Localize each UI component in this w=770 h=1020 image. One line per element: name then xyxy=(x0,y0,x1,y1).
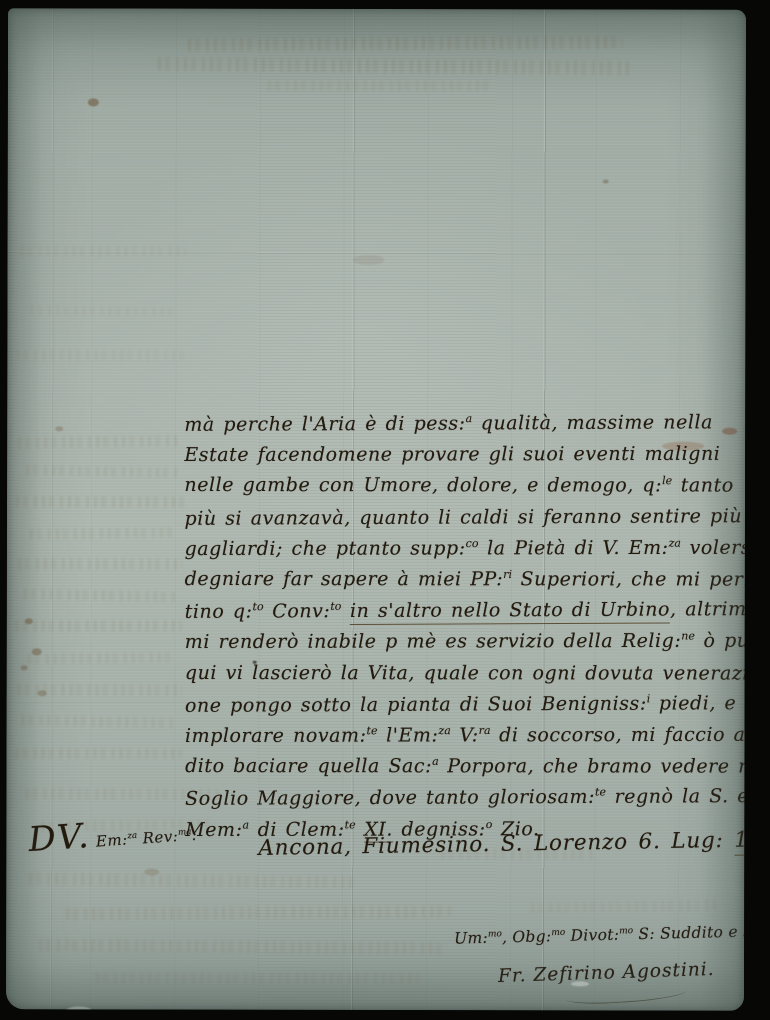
foxing-stain xyxy=(55,426,63,431)
margin-note: DV. Em:za Rev:ma: xyxy=(27,809,198,860)
showthrough-ghost-line xyxy=(11,620,183,631)
showthrough-ghost-line xyxy=(21,465,181,478)
fold-crease-horizontal xyxy=(8,251,746,256)
letter-paper: mà perche l'Aria è di pess:a qualità, ma… xyxy=(6,8,746,1011)
showthrough-ghost-line xyxy=(11,350,191,360)
foxing-stain xyxy=(32,648,42,655)
signature-line: Fr. Zefirino Agostini. xyxy=(498,959,715,987)
margin-note-initials: DV. xyxy=(27,816,92,860)
stain-layer xyxy=(8,8,746,10)
manuscript-line: gagliardi; che ptanto supp:co la Pietà d… xyxy=(185,532,747,565)
foxing-stain xyxy=(21,665,28,670)
showthrough-ghost-line xyxy=(13,684,183,695)
showthrough-ghost-line xyxy=(153,57,633,75)
letter-body: mà perche l'Aria è di pess:a qualità, ma… xyxy=(184,408,746,846)
showthrough-ghost-line xyxy=(23,652,173,664)
manuscript-line: Soglio Maggiore, dove tanto gloriosam:te… xyxy=(185,781,746,815)
showthrough-ghost-line xyxy=(526,900,716,913)
foxing-stain xyxy=(144,869,159,876)
manuscript-line: dito baciare quella Sac:a Porpora, che b… xyxy=(185,751,746,783)
foxing-stain xyxy=(66,1006,92,1010)
ink-showthrough-layer xyxy=(8,8,746,10)
showthrough-ghost-line xyxy=(25,527,175,539)
manuscript-line: qui vi lascierò la Vita, quale con ogni … xyxy=(185,658,746,690)
showthrough-ghost-line xyxy=(183,36,623,52)
showthrough-ghost-line xyxy=(11,496,186,507)
foxing-stain xyxy=(38,690,47,696)
scan-background: { "document": { "kind": "handwritten let… xyxy=(0,0,770,1020)
manuscript-line: mi renderò inabile p mè es servizio dell… xyxy=(185,626,746,659)
foxing-stain xyxy=(25,618,33,624)
showthrough-ghost-line xyxy=(34,939,444,955)
showthrough-ghost-line xyxy=(10,748,182,758)
showthrough-ghost-line xyxy=(263,81,493,91)
manuscript-line: one pongo sotto la pianta di Suoi Benign… xyxy=(185,688,746,722)
foxing-stain xyxy=(603,179,609,183)
showthrough-ghost-line xyxy=(16,715,176,728)
showthrough-ghost-line xyxy=(19,589,177,602)
showthrough-ghost-line xyxy=(16,246,188,256)
signature-flourish xyxy=(566,985,687,1006)
manuscript-line: tino q:to Conv:to in s'altro nello Stato… xyxy=(185,594,746,628)
manuscript-line: Estate facendomene provare gli suoi even… xyxy=(184,439,746,472)
foxing-stain xyxy=(353,255,385,265)
manuscript-line: degniare far sapere à miei PP:ri Superio… xyxy=(185,564,746,596)
foxing-stain xyxy=(88,98,99,106)
manuscript-line: più si avanzavà, quanto li caldi si fera… xyxy=(184,500,746,534)
closing-line: Um:mo, Obg:mo Divot:mo S: Suddito e Seg:… xyxy=(454,921,746,947)
margin-note-text: Em:za Rev:ma: xyxy=(95,826,197,851)
showthrough-ghost-line xyxy=(91,972,421,984)
manuscript-line: nelle gambe con Umore, dolore, e demogo,… xyxy=(184,470,746,502)
manuscript-line: mà perche l'Aria è di pess:a qualità, ma… xyxy=(184,407,746,441)
showthrough-ghost-line xyxy=(13,558,183,569)
manuscript-line: implorare novam:te l'Em:za V:ra di socco… xyxy=(185,720,746,753)
showthrough-ghost-line xyxy=(61,905,451,920)
showthrough-ghost-line xyxy=(25,306,175,317)
showthrough-ghost-line xyxy=(13,435,181,449)
fold-crease-vertical xyxy=(50,8,55,1009)
showthrough-ghost-line xyxy=(24,873,354,889)
